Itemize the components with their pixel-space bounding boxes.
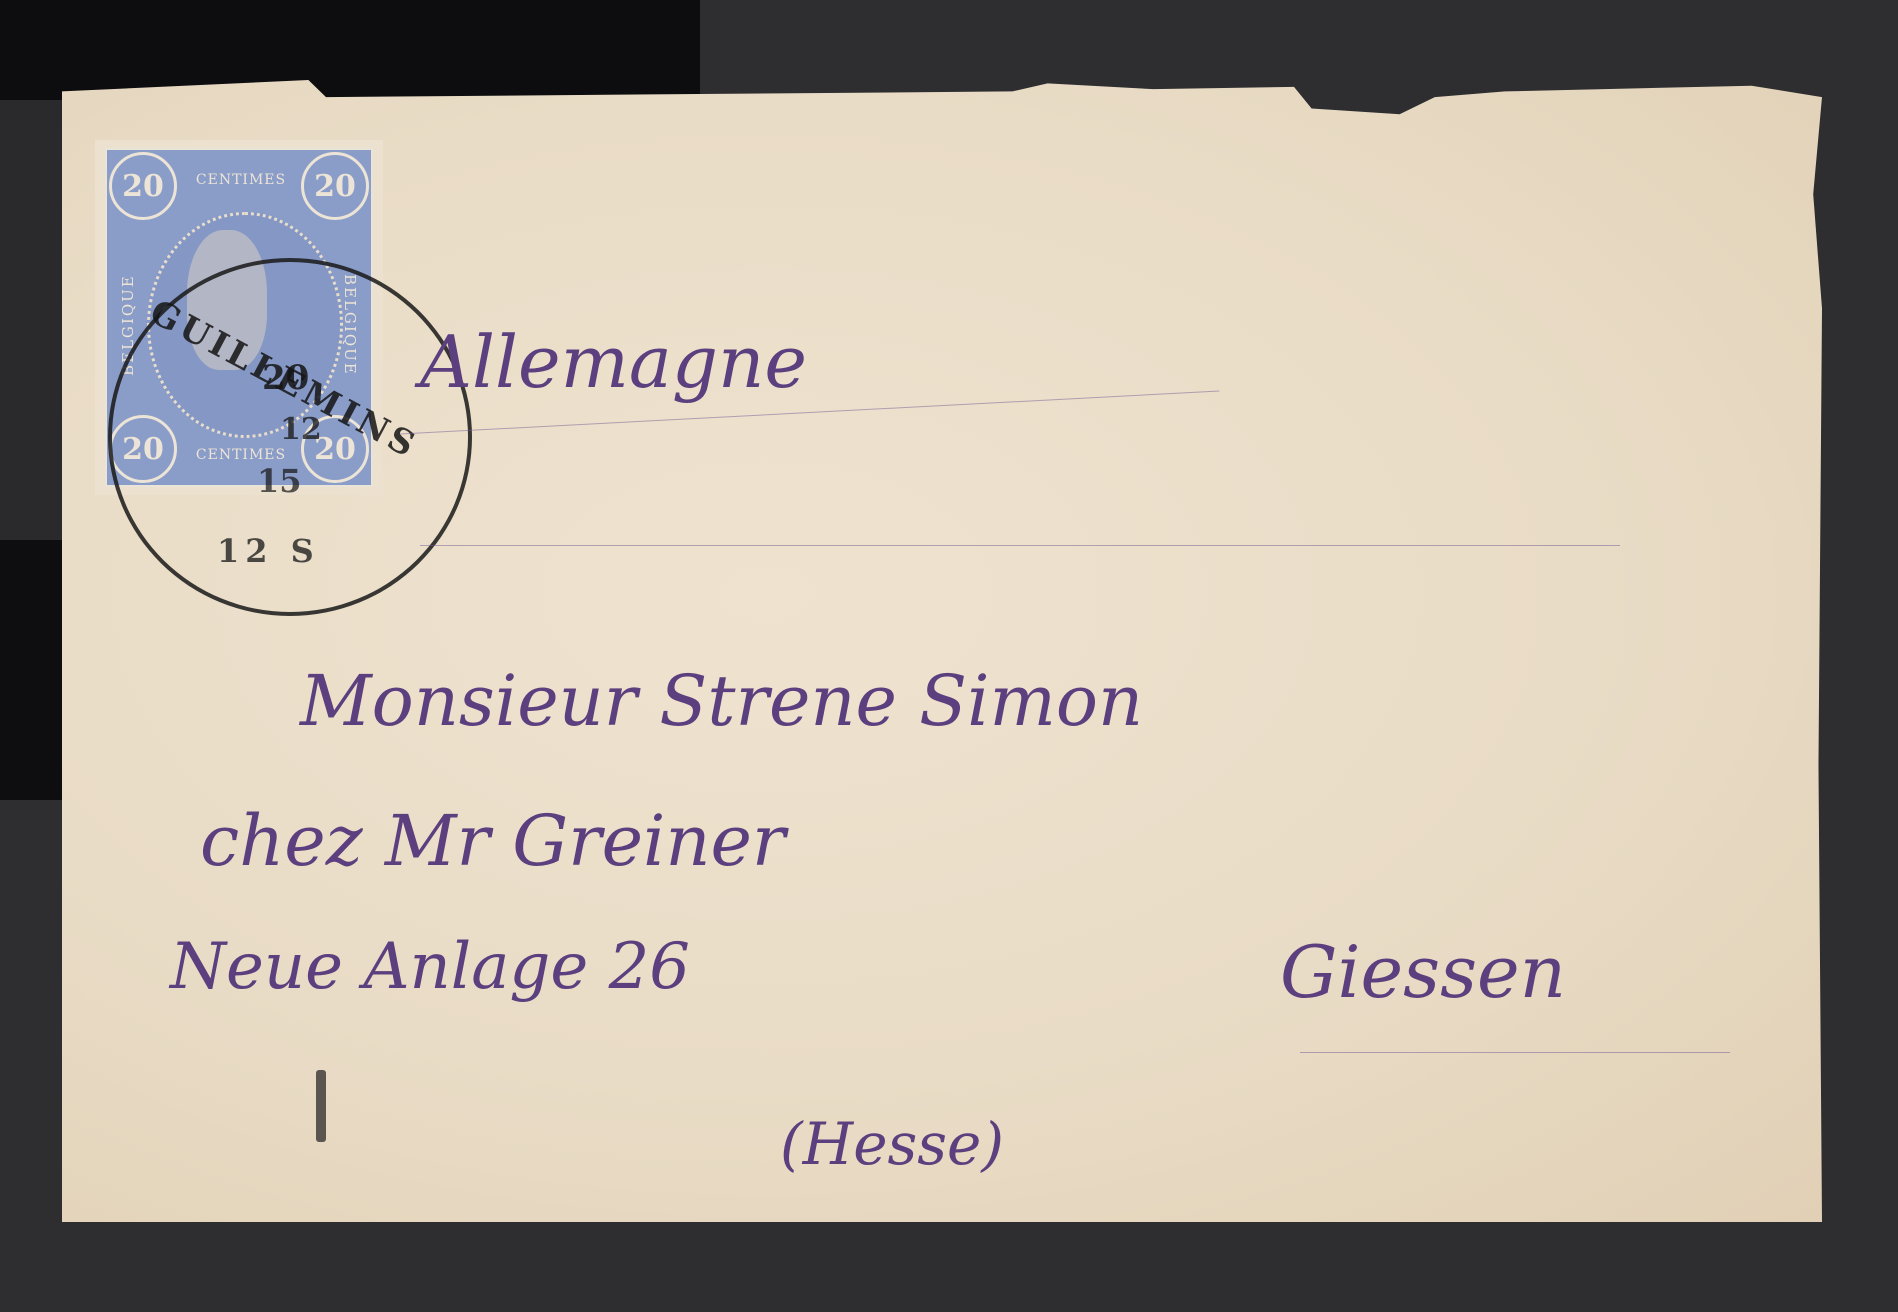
- address-care-of: chez Mr Greiner: [200, 800, 785, 882]
- stamp-text-top: CENTIMES: [181, 172, 301, 188]
- address-city: Giessen: [1280, 930, 1566, 1014]
- guide-line: [1300, 1052, 1730, 1053]
- guide-line: [420, 545, 1620, 546]
- stamp-denomination-tl: 20: [109, 152, 177, 220]
- scan-background-band: [0, 100, 62, 540]
- ink-mark: [316, 1070, 326, 1142]
- postmark-time: 12 S: [217, 532, 320, 570]
- stamp-denomination-tr: 20: [301, 152, 369, 220]
- scan-background-left: [0, 540, 62, 800]
- postmark-year: 15: [257, 462, 302, 500]
- address-recipient: Monsieur Strene Simon: [300, 660, 1143, 742]
- scan-background-dark: [0, 0, 700, 100]
- postmark-cancel: GUILLEMINS 20 12 15 12 S: [108, 258, 472, 616]
- postmark-month: 12: [280, 412, 322, 447]
- address-region: (Hesse): [780, 1110, 1004, 1178]
- address-street: Neue Anlage 26: [170, 930, 690, 1004]
- address-country: Allemagne: [420, 320, 807, 404]
- postmark-day: 20: [262, 358, 309, 398]
